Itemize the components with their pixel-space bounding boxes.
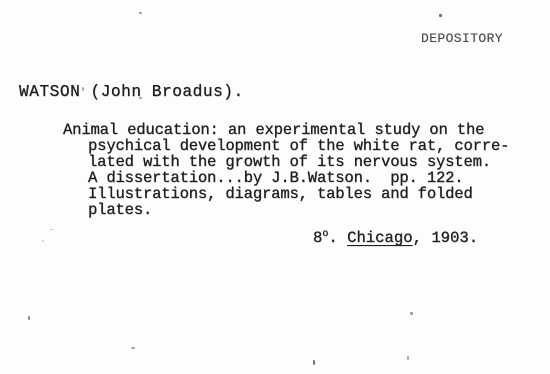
- imprint-date: , 1903.: [413, 229, 479, 247]
- body-line: A dissertation...by J.B.Watson. pp. 122.: [63, 170, 509, 186]
- description-block: Animal education: an experimental study …: [63, 122, 509, 218]
- imprint-separator: .: [328, 229, 347, 247]
- scan-speck: [410, 312, 413, 315]
- depository-stamp: DEPOSITORY: [421, 31, 503, 47]
- scan-speck: [82, 87, 84, 91]
- imprint-line: 8o. Chicago, 1903.: [313, 229, 478, 247]
- scan-speck: [139, 12, 142, 14]
- scan-speck: [42, 240, 44, 242]
- catalog-card: DEPOSITORY WATSON (John Broadus). Animal…: [0, 0, 550, 374]
- author-heading: WATSON (John Broadus).: [19, 83, 244, 101]
- place-name: Chicago: [347, 229, 413, 247]
- scan-speck: [439, 14, 442, 17]
- body-line: plates.: [63, 202, 509, 218]
- body-line: Illustrations, diagrams, tables and fold…: [63, 186, 509, 202]
- scan-speck: [407, 356, 409, 360]
- body-line: Animal education: an experimental study …: [63, 122, 509, 138]
- scan-speck: [131, 347, 135, 349]
- body-line: lated with the growth of its nervous sys…: [63, 154, 509, 170]
- scan-speck: [139, 97, 142, 99]
- scan-speck: [28, 316, 30, 320]
- scan-speck: [50, 229, 53, 230]
- format-size: 8: [313, 229, 322, 247]
- scan-speck: [313, 360, 315, 365]
- body-line: psychical development of the white rat, …: [63, 138, 509, 154]
